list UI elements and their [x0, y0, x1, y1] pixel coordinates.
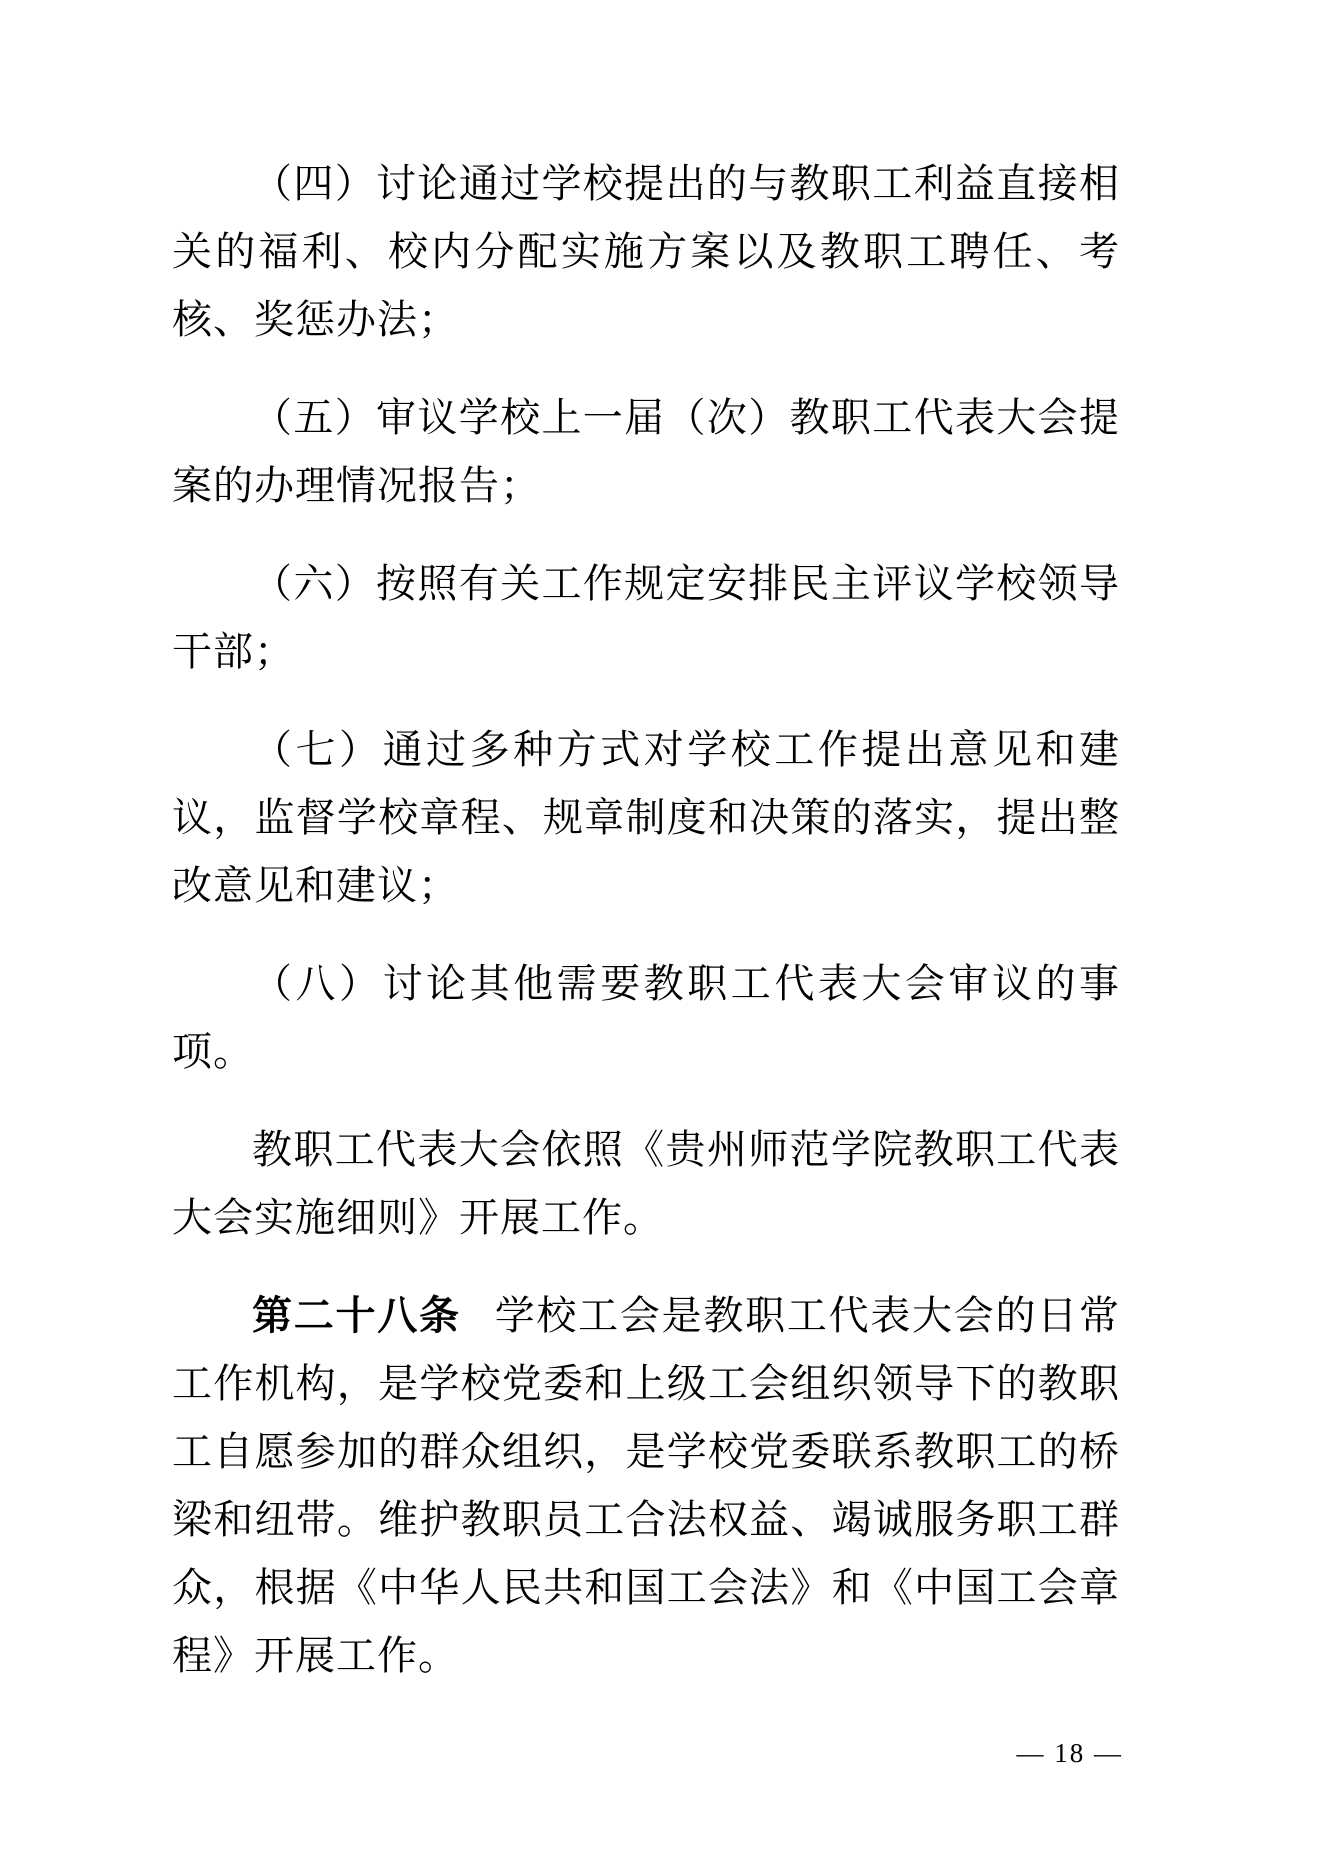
paragraph-text: 教职工代表大会依照《贵州师范学院教职工代表大会实施细则》开展工作。 — [172, 1127, 1120, 1240]
paragraph-text: （七）通过多种方式对学校工作提出意见和建议，监督学校章程、规章制度和决策的落实，… — [172, 727, 1120, 908]
paragraph-text: 学校工会是教职工代表大会的日常工作机构，是学校党委和上级工会组织领导下的教职工自… — [172, 1293, 1120, 1678]
paragraph: （八）讨论其他需要教职工代表大会审议的事项。 — [172, 950, 1120, 1086]
paragraph: 教职工代表大会依照《贵州师范学院教职工代表大会实施细则》开展工作。 — [172, 1116, 1120, 1252]
page-number: — 18 — — [1017, 1738, 1124, 1768]
page-footer: — 18 — — [1017, 1738, 1124, 1769]
document-page: （四）讨论通过学校提出的与教职工利益直接相关的福利、校内分配实施方案以及教职工聘… — [0, 0, 1323, 1871]
document-body: （四）讨论通过学校提出的与教职工利益直接相关的福利、校内分配实施方案以及教职工聘… — [172, 150, 1120, 1720]
paragraph-text: （六）按照有关工作规定安排民主评议学校领导干部； — [172, 561, 1120, 674]
paragraph-text: （四）讨论通过学校提出的与教职工利益直接相关的福利、校内分配实施方案以及教职工聘… — [172, 161, 1120, 342]
paragraph: （七）通过多种方式对学校工作提出意见和建议，监督学校章程、规章制度和决策的落实，… — [172, 716, 1120, 920]
paragraph-text: （五）审议学校上一届（次）教职工代表大会提案的办理情况报告； — [172, 395, 1120, 508]
paragraph-text: （八）讨论其他需要教职工代表大会审议的事项。 — [172, 961, 1120, 1074]
article-paragraph: 第二十八条学校工会是教职工代表大会的日常工作机构，是学校党委和上级工会组织领导下… — [172, 1282, 1120, 1690]
paragraph: （四）讨论通过学校提出的与教职工利益直接相关的福利、校内分配实施方案以及教职工聘… — [172, 150, 1120, 354]
article-number: 第二十八条 — [252, 1293, 461, 1338]
paragraph: （六）按照有关工作规定安排民主评议学校领导干部； — [172, 550, 1120, 686]
paragraph: （五）审议学校上一届（次）教职工代表大会提案的办理情况报告； — [172, 384, 1120, 520]
